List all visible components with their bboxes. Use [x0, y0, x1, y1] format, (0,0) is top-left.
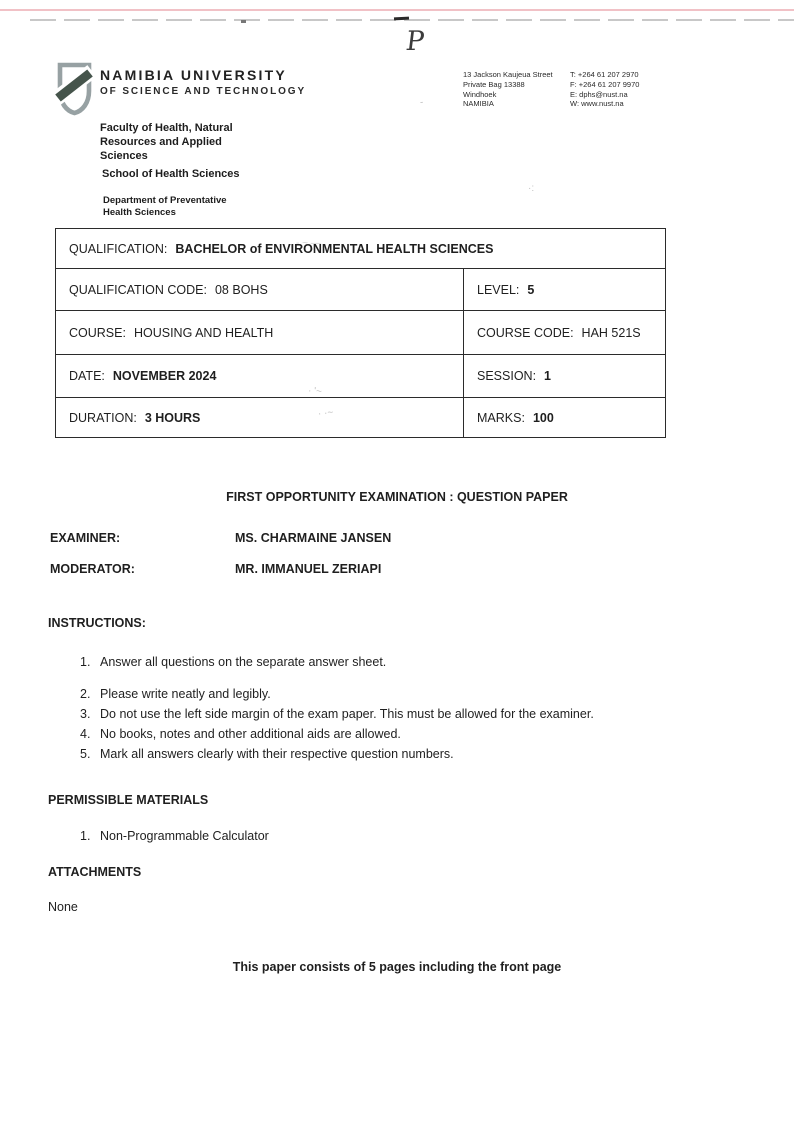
level-cell: LEVEL: 5 [464, 269, 665, 310]
scan-artifact: - [419, 97, 424, 108]
date-value: NOVEMBER 2024 [113, 369, 217, 383]
course-cell: COURSE: HOUSING AND HEALTH [56, 311, 464, 354]
instruction-number: 3. [80, 707, 90, 721]
address-block: 13 Jackson Kaujeua Street Private Bag 13… [463, 70, 553, 109]
address-line: 13 Jackson Kaujeua Street [463, 70, 553, 80]
university-name-line2: OF SCIENCE AND TECHNOLOGY [100, 86, 306, 97]
instruction-number: 2. [80, 687, 90, 701]
examiner-label: EXAMINER: [50, 531, 120, 545]
session-value: 1 [544, 369, 551, 383]
school-name: School of Health Sciences [102, 168, 240, 180]
contact-line: W: www.nust.na [570, 99, 639, 109]
instruction-item: Do not use the left side margin of the e… [100, 707, 594, 721]
marks-label: MARKS: [477, 411, 525, 425]
attachments-value: None [48, 900, 78, 914]
address-line: Windhoek [463, 90, 553, 100]
contact-line: T: +264 61 207 2970 [570, 70, 639, 80]
instruction-item: Answer all questions on the separate ans… [100, 655, 386, 669]
duration-cell: DURATION: 3 HOURS [56, 398, 464, 437]
table-row-course: COURSE: HOUSING AND HEALTH COURSE CODE: … [56, 310, 665, 354]
instructions-heading: INSTRUCTIONS: [48, 616, 146, 630]
department-name: Department of Preventative Health Scienc… [103, 195, 253, 218]
exam-title: FIRST OPPORTUNITY EXAMINATION : QUESTION… [0, 490, 794, 504]
duration-value: 3 HOURS [145, 411, 201, 425]
table-row-date-session: DATE: NOVEMBER 2024 SESSION: 1 [56, 354, 665, 397]
moderator-name: MR. IMMANUEL ZERIAPI [235, 562, 381, 576]
scan-speck [241, 20, 246, 23]
qualification-label: QUALIFICATION: [69, 242, 167, 256]
qualification-code-cell: QUALIFICATION CODE: 08 BOHS [56, 269, 464, 310]
qualification-code-label: QUALIFICATION CODE: [69, 283, 207, 297]
marks-value: 100 [533, 411, 554, 425]
handwritten-page-mark: P [404, 28, 425, 55]
level-value: 5 [527, 283, 534, 297]
table-row-duration-marks: DURATION: 3 HOURS MARKS: 100 [56, 397, 665, 437]
scan-gray-line [30, 19, 794, 21]
university-name-line1: NAMIBIA UNIVERSITY [100, 67, 287, 83]
permissible-materials-heading: PERMISSIBLE MATERIALS [48, 793, 208, 807]
course-code-value: HAH 521S [582, 326, 641, 340]
table-row-qualification: QUALIFICATION: BACHELOR of ENVIRONMENTAL… [56, 229, 665, 268]
contact-line: F: +264 61 207 9970 [570, 80, 639, 90]
course-value: HOUSING AND HEALTH [134, 326, 273, 340]
level-label: LEVEL: [477, 283, 519, 297]
instruction-item: No books, notes and other additional aid… [100, 727, 401, 741]
permissible-item-number: 1. [80, 829, 90, 843]
contact-line: E: dphs@nust.na [570, 90, 639, 100]
moderator-label: MODERATOR: [50, 562, 135, 576]
marks-cell: MARKS: 100 [464, 398, 665, 437]
instruction-item: Mark all answers clearly with their resp… [100, 747, 454, 761]
course-code-label: COURSE CODE: [477, 326, 574, 340]
course-code-cell: COURSE CODE: HAH 521S [464, 311, 665, 354]
qualification-code-value: 08 BOHS [215, 283, 268, 297]
instruction-number: 1. [80, 655, 90, 669]
duration-label: DURATION: [69, 411, 137, 425]
examiner-name: MS. CHARMAINE JANSEN [235, 531, 391, 545]
nust-shield-logo-icon [54, 62, 95, 122]
address-line: NAMIBIA [463, 99, 553, 109]
attachments-heading: ATTACHMENTS [48, 865, 141, 879]
course-label: COURSE: [69, 326, 126, 340]
qualification-cell: QUALIFICATION: BACHELOR of ENVIRONMENTAL… [56, 229, 665, 268]
permissible-item: Non-Programmable Calculator [100, 829, 269, 843]
instruction-number: 4. [80, 727, 90, 741]
instruction-item: Please write neatly and legibly. [100, 687, 271, 701]
session-cell: SESSION: 1 [464, 355, 665, 397]
faculty-name: Faculty of Health, Natural Resources and… [100, 121, 248, 163]
exam-paper-page: - ·: · '~ · ·~ - ~ — P NAMIBIA UNIVERSIT… [0, 0, 794, 1122]
session-label: SESSION: [477, 369, 536, 383]
contact-block: T: +264 61 207 2970 F: +264 61 207 9970 … [570, 70, 639, 109]
scan-pink-line [0, 9, 794, 11]
exam-details-table: QUALIFICATION: BACHELOR of ENVIRONMENTAL… [55, 228, 666, 438]
address-line: Private Bag 13388 [463, 80, 553, 90]
date-label: DATE: [69, 369, 105, 383]
scan-artifact: ·: [528, 183, 534, 194]
qualification-value: BACHELOR of ENVIRONMENTAL HEALTH SCIENCE… [175, 242, 493, 256]
table-row-code-level: QUALIFICATION CODE: 08 BOHS LEVEL: 5 [56, 268, 665, 310]
page-count-note: This paper consists of 5 pages including… [0, 960, 794, 974]
date-cell: DATE: NOVEMBER 2024 [56, 355, 464, 397]
instruction-number: 5. [80, 747, 90, 761]
